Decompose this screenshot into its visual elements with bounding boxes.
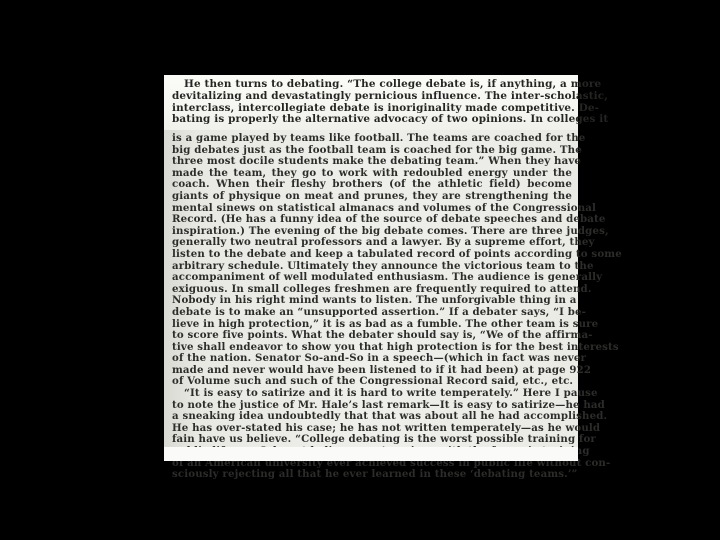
text-line: “It is easy to satirize and it is hard t… [172, 388, 572, 400]
top-clipping: He then turns to debating. “The college … [164, 75, 578, 131]
text-line: listen to the debate and keep a tabulate… [172, 249, 572, 261]
text-line: giants of physique on meat and prunes, t… [172, 191, 572, 203]
text-line: Record. (He has a funny idea of the sour… [172, 214, 572, 226]
text-line: devitalizing and devastatingly perniciou… [172, 91, 572, 103]
text-line: is a game played by teams like football.… [172, 133, 572, 145]
text-line: sciously rejecting all that he ever lear… [172, 469, 572, 481]
main-clipping: is a game played by teams like football.… [164, 130, 578, 461]
text-line: debate is to make an “unsupported assert… [172, 307, 572, 319]
text-line: accompaniment of well modulated enthusia… [172, 272, 572, 284]
text-line: public life. . . . I do not believe any … [172, 446, 572, 458]
text-line: bating is properly the alternative advoc… [172, 114, 572, 126]
text-line: to score five points. What the debater s… [172, 330, 572, 342]
